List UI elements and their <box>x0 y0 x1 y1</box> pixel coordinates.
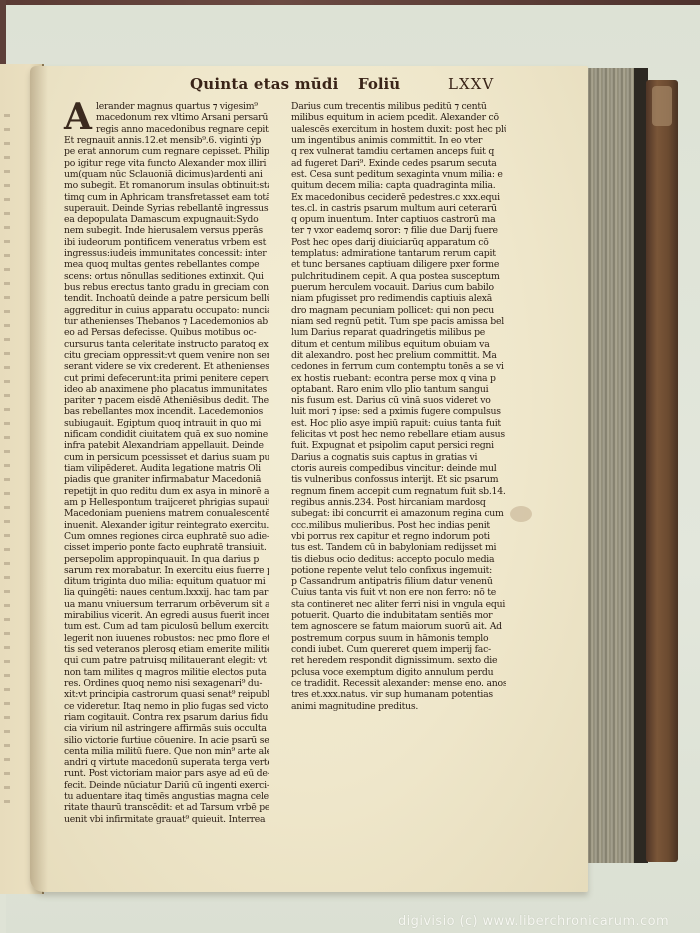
text-line: dro magnam pecuniam pollicet: qui non pe… <box>291 305 506 316</box>
text-line: ritate thaurū transcēdit: et ad Tarsum v… <box>64 802 269 813</box>
text-line: pulchritudinem cepit. A qua postea susce… <box>291 271 506 282</box>
text-line: xit:vt principia castrorum quasi senat⁹ … <box>64 689 269 700</box>
text-line: superauit. Deinde Syrias rebellantē ingr… <box>64 203 269 214</box>
text-line: non tam milites q magros militie electos… <box>64 667 269 678</box>
text-line: nis fusum est. Darius cū vinā suos vider… <box>291 395 506 406</box>
text-line: sta contineret nec aliter ferri nisi in … <box>291 599 506 610</box>
text-line: centa milia militū fuere. Que non min⁹ a… <box>64 746 269 757</box>
text-line: tes.cl. in castris psarum multum auri ce… <box>291 203 506 214</box>
text-line: um(quam nūc Sclauoniā dicimus)ardenti an… <box>64 169 269 180</box>
text-line: fecit. Deinde nūciatur Dariū cū ingenti … <box>64 780 269 791</box>
text-line: mo subegit. Et romanorum insulas obtinui… <box>64 180 269 191</box>
text-line: qui cum patre patruisq militauerant eleg… <box>64 655 269 666</box>
paper-stain <box>510 506 532 522</box>
text-line: tum est. Cum ad tam piculosū bellum exer… <box>64 621 269 632</box>
text-line: silio victorie furtiue cōuenire. In acie… <box>64 735 269 746</box>
text-line: ibi iudeorum pontificem veneratus vrbem … <box>64 237 269 248</box>
text-line: ret heredem respondit dignissimum. sexto… <box>291 655 506 666</box>
text-line: nificam condidit ciuitatem quā ex suo no… <box>64 429 269 440</box>
text-line: tiam vilipēderet. Audita legatione matri… <box>64 463 269 474</box>
text-line: ctoris aureis compedibus vincitur: deind… <box>291 463 506 474</box>
folio-label: Foliū <box>358 75 400 93</box>
text-line: templatus: admiratione tantarum rerum ca… <box>291 248 506 259</box>
text-line: tus est. Tandem cū in babyloniam redijss… <box>291 542 506 553</box>
text-line: Post hec opes darij diuiciarūq apparatum… <box>291 237 506 248</box>
text-line: cia virium nil astringere affirmās suis … <box>64 723 269 734</box>
text-line: scens: ortus nōnullas seditiones extinxi… <box>64 271 269 282</box>
text-line: pclusa voce exemptum digito annulum perd… <box>291 667 506 678</box>
text-line: est. Hoc plio asye impiū rapuit: cuius t… <box>291 418 506 429</box>
binding-wear <box>652 86 672 126</box>
text-line: ce tradidit. Recessit alexander: mense e… <box>291 678 506 689</box>
text-line: uenit vbi infirmitate grauat⁹ quieuit. I… <box>64 814 269 825</box>
text-line: tres et.xxx.natus. vir sup humanam poten… <box>291 689 506 700</box>
text-line: riam cogitauit. Contra rex psarum darius… <box>64 712 269 723</box>
text-line: Macedoniam pueniens matrem conualescentē <box>64 508 269 519</box>
text-line: tis diebus ocio deditus: accepto poculo … <box>291 554 506 565</box>
text-line: ce videretur. Itaq nemo in plio fugas se… <box>64 701 269 712</box>
text-line: serant videre se vix crederent. Et athen… <box>64 361 269 372</box>
text-line: ad fugeret Dari⁹. Exinde cedes psarum se… <box>291 158 506 169</box>
text-line: condi iubet. Cum quereret quem imperij f… <box>291 644 506 655</box>
text-line: regnum finem accepit cum regnatum fuit s… <box>291 486 506 497</box>
text-line: sarum rex morabatur. In exercitu eius fu… <box>64 565 269 576</box>
text-line: Darius cum trecentis milibus peditū ⁊ ce… <box>291 101 506 112</box>
text-line: ingressus:iudeis immunitates concessit: … <box>64 248 269 259</box>
text-line: po igitur rege vita functo Alexander mox… <box>64 158 269 169</box>
text-line: macedonum rex vltimo Arsani persarū <box>64 112 269 123</box>
text-line: bus rebus erectus tanto gradu in greciam… <box>64 282 269 293</box>
text-line: quitum decem milia: capta quadraginta mi… <box>291 180 506 191</box>
text-line: ditum et centum milibus equitum obuiam v… <box>291 339 506 350</box>
text-line: ter ⁊ vxor eademq soror: ⁊ filie due Dar… <box>291 225 506 236</box>
copyright-watermark: digivisio (c) www.liberchronicarum.com <box>398 914 669 929</box>
text-line: potuerit. Quarto die indubitatam sentiēs… <box>291 610 506 621</box>
text-line: luit mori ⁊ ipse: sed a pximis fugere co… <box>291 406 506 417</box>
text-line: tu aduentare itaq timēs angustias magna … <box>64 791 269 802</box>
text-line: ccc.milibus mulieribus. Post hec indias … <box>291 520 506 531</box>
text-line: potione repente velut telo confixus inge… <box>291 565 506 576</box>
text-line: milibus equitum in aciem pcedit. Alexand… <box>291 112 506 123</box>
text-line: legerit non iuuenes robustos: nec pmo fl… <box>64 633 269 644</box>
text-line: mirabilius vicerit. An egredi ausus fuer… <box>64 610 269 621</box>
text-line: regis anno macedonibus regnare cepit <box>64 124 269 135</box>
text-line: ideo ab anaximene pho placatus immunitat… <box>64 384 269 395</box>
text-line: subegat: ibi concurrit ei amazonum regin… <box>291 508 506 519</box>
text-line: niam sed regnū petit. Tum spe pacis amis… <box>291 316 506 327</box>
text-line: dit alexandro. post hec prelium committi… <box>291 350 506 361</box>
text-line: regibus annis.234. Post hircaniam mardos… <box>291 497 506 508</box>
bleed-through-text <box>4 114 10 814</box>
text-line: timq cum in Aphricam transfretasset eam … <box>64 192 269 203</box>
text-line: pe erat annorum cum regnare cepisset. Ph… <box>64 146 269 157</box>
text-line: ea depopulata Damascum expugnauit:Sydo <box>64 214 269 225</box>
text-line: et tunc bersanes captiuam diligere pxer … <box>291 259 506 270</box>
text-line: andri q virtute macedonū superata terga … <box>64 757 269 768</box>
text-line: Cuius tanta vis fuit vt non ere non ferr… <box>291 587 506 598</box>
text-line: q opum inuentum. Inter captiuos castrorū… <box>291 214 506 225</box>
text-line: Ex macedonibus ceciderē pedestres.c xxx.… <box>291 192 506 203</box>
text-line: Darius a cognatis suis captus in gratias… <box>291 452 506 463</box>
text-line: cum in persicum pcessisset et darius sua… <box>64 452 269 463</box>
text-line: cisset imperio ponte facto euphratē tran… <box>64 542 269 553</box>
running-title: Quinta etas mūdi <box>190 75 338 93</box>
left-text-column: lerander magnus quartus ⁊ vigesim⁹macedo… <box>64 101 269 825</box>
text-line: q rex vulnerat tamdiu certamen anceps fu… <box>291 146 506 157</box>
text-line: repetijt in quo reditu dum ex asya in mi… <box>64 486 269 497</box>
text-line: niam pfugisset pro redimendis captiuis a… <box>291 293 506 304</box>
right-text-column: Darius cum trecentis milibus peditū ⁊ ce… <box>291 101 506 712</box>
text-line: mea quoq multas gentes rebellantes compe <box>64 259 269 270</box>
text-line: res. Ordines quoq nemo nisi sexagenari⁹ … <box>64 678 269 689</box>
book-binding <box>646 80 678 862</box>
text-line: tis vulneribus confossus interijt. Et si… <box>291 474 506 485</box>
text-line: tendit. Inchoatū deinde a patre persicum… <box>64 293 269 304</box>
text-line: lerander magnus quartus ⁊ vigesim⁹ <box>64 101 269 112</box>
text-line: infra patebit Alexandriam appellauit. De… <box>64 440 269 451</box>
text-line: ex hostis ruebant: econtra perse mox q v… <box>291 373 506 384</box>
text-line: tur athenienses Thebanos ⁊ Lacedemonios … <box>64 316 269 327</box>
text-line: inuenit. Alexander igitur reintegrato ex… <box>64 520 269 531</box>
text-line: fuit. Expugnat et psipolim caput persici… <box>291 440 506 451</box>
text-line: lum Darius reparat quadringetis milibus … <box>291 327 506 338</box>
text-line: tis sed veteranos plerosq etiam emerite … <box>64 644 269 655</box>
text-line: felicitas vt post hec nemo rebellare eti… <box>291 429 506 440</box>
text-line: pariter ⁊ pacem eisdē Atheniēsibus dedit… <box>64 395 269 406</box>
text-line: est. Cesa sunt peditum sexaginta vnum mi… <box>291 169 506 180</box>
text-line: cut primi defecerunt:ita primi penitere … <box>64 373 269 384</box>
text-line: um ingentibus animis committit. In eo vt… <box>291 135 506 146</box>
text-line: cedones in ferrum cum contemptu tonēs a … <box>291 361 506 372</box>
text-line: am p Hellespontum traijceret phrigias su… <box>64 497 269 508</box>
text-line: tem agnoscere se fatum maiorum suorū ait… <box>291 621 506 632</box>
text-line: subiugauit. Egiptum quoq intrauit in quo… <box>64 418 269 429</box>
text-line: Cum omnes regiones circa euphratē suo ad… <box>64 531 269 542</box>
text-line: Et regnauit annis.12.et mensib⁹.6. vigin… <box>64 135 269 146</box>
text-line: ualescēs exercitum in hostem duxit: post… <box>291 124 506 135</box>
page-header: Quinta etas mūdi Foliū LXXV <box>190 75 550 95</box>
text-line: optabant. Raro enim vllo plio tantum san… <box>291 384 506 395</box>
text-line: persepolim appropinquauit. In qua darius… <box>64 554 269 565</box>
text-line: aggreditur in cuius apparatu occupato: n… <box>64 305 269 316</box>
text-line: ditum triginta duo milia: equitum quatuo… <box>64 576 269 587</box>
text-line: puerum herculem vocauit. Darius cum babi… <box>291 282 506 293</box>
text-line: p Cassandrum antipatris filium datur ven… <box>291 576 506 587</box>
text-line: eo ad Persas defecisse. Quibus motibus o… <box>64 327 269 338</box>
text-line: ua manu vniuersum terrarum orbēverum sit… <box>64 599 269 610</box>
text-line: vbi porrus rex capitur et regno indorum … <box>291 531 506 542</box>
book-page-edges <box>578 68 648 863</box>
text-line: nem subegit. Inde hierusalem versus pper… <box>64 225 269 236</box>
text-line: runt. Post victoriam maior pars asye ad … <box>64 768 269 779</box>
text-line: animi magnitudine preditus. <box>291 701 506 712</box>
text-line: piadis que graniter infirmabatur Macedon… <box>64 474 269 485</box>
text-line: lia quingēti: naues centum.lxxxij. hac t… <box>64 587 269 598</box>
folio-number: LXXV <box>448 75 494 93</box>
text-line: bas rebellantes mox incendit. Lacedemoni… <box>64 406 269 417</box>
text-line: cursurus tanta celeritate instructo para… <box>64 339 269 350</box>
text-line: postremum corpus suum in hāmonis templo <box>291 633 506 644</box>
text-line: citu greciam oppressit:vt quem venire no… <box>64 350 269 361</box>
